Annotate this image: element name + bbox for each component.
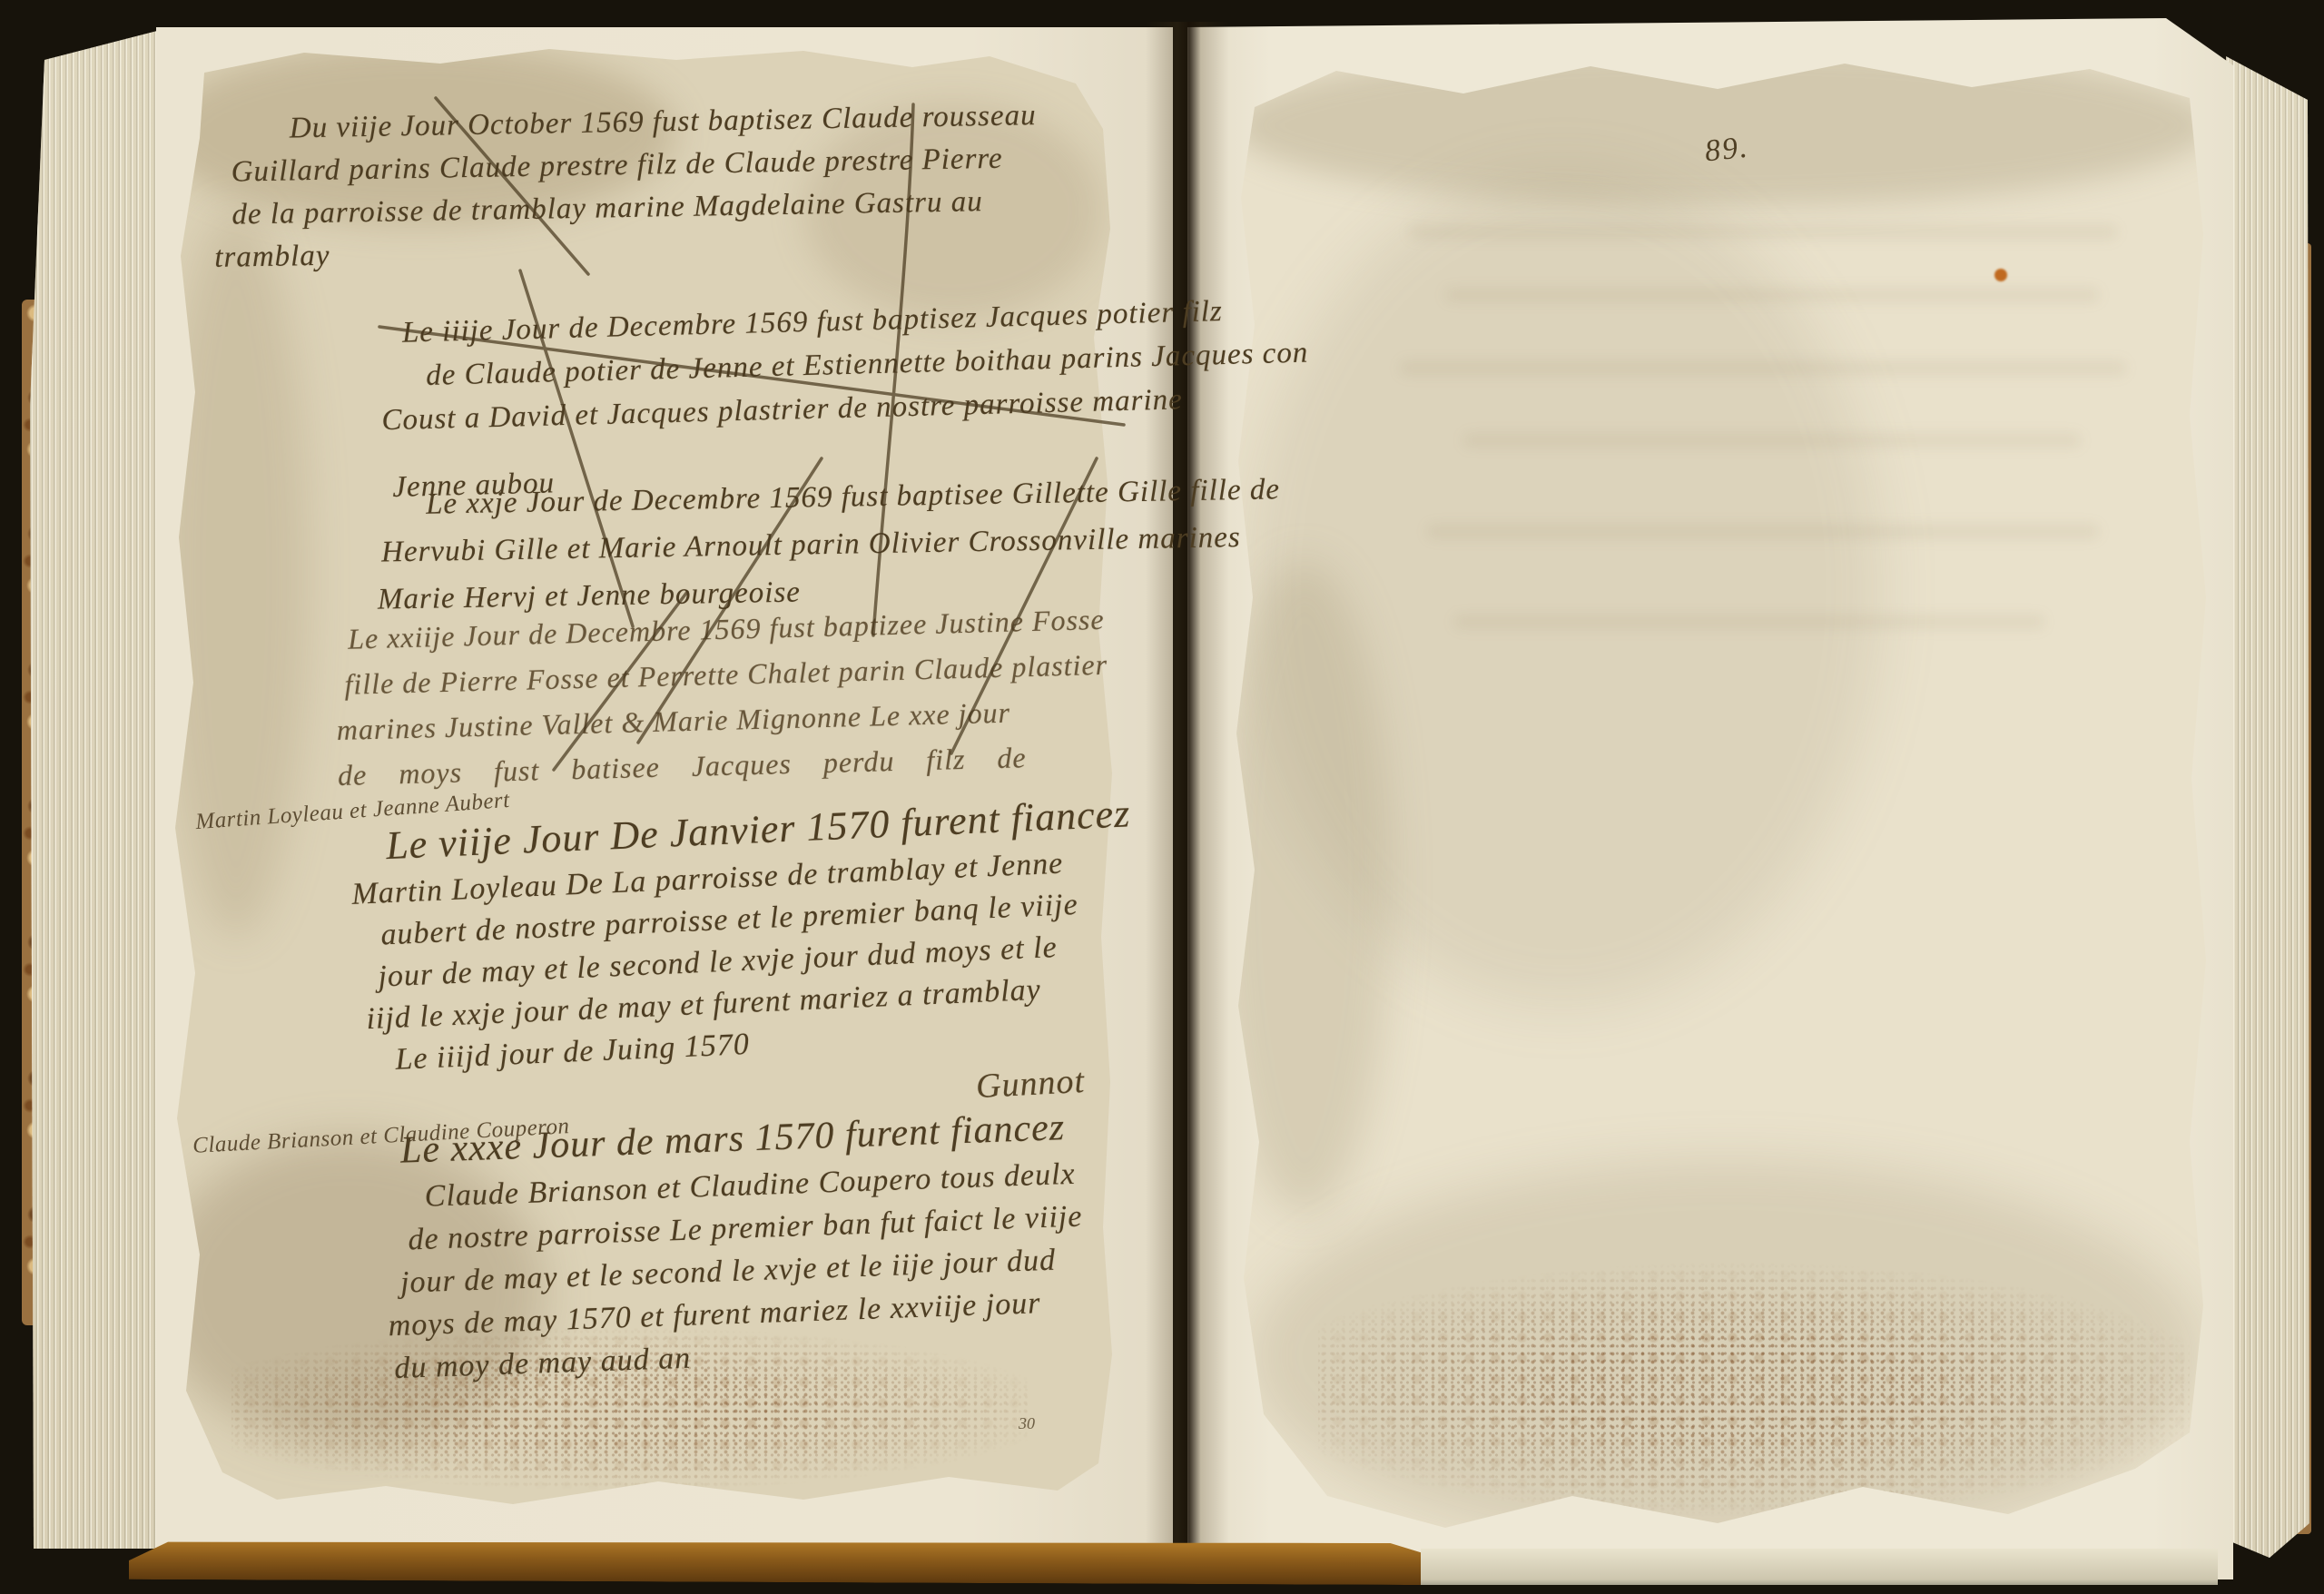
bleedthrough-ghost <box>1463 434 2081 447</box>
marriage-entry-loyleau: Le viije Jour De Janvier 1570 furent fia… <box>349 792 1140 1082</box>
page-block-fore-edge-left <box>30 25 166 1549</box>
page-block-fore-edge-right <box>2226 44 2309 1561</box>
rust-spot <box>1994 269 2007 281</box>
baptism-entry-3: Le xxje Jour de Decembre 1569 fust bapti… <box>371 466 1283 623</box>
manuscript-photo-scene: Martin Loyleau et Jeanne Aubert Claude B… <box>0 0 2324 1594</box>
bottom-page-edge <box>1421 1549 2218 1585</box>
mounted-leaf-right <box>1227 53 2217 1552</box>
baptism-entry-1: Du viije Jour October 1569 fust baptisez… <box>212 94 1039 280</box>
baptism-entry-4: Le xxiije Jour de Decembre 1569 fust bap… <box>330 596 1111 798</box>
bleedthrough-ghost <box>1445 289 2099 301</box>
marriage-entry-brianson: Le xxxe Jour de mars 1570 furent fiancez… <box>377 1107 1088 1391</box>
bleedthrough-ghost <box>1400 361 2126 375</box>
page-number: 89. <box>1703 131 1750 170</box>
gutter-shadow <box>1146 22 1229 1578</box>
bottom-cover-edge <box>129 1538 1429 1585</box>
folio-pencil-mark: 30 <box>1019 1414 1035 1433</box>
signature-flourish: Gunnot <box>975 1061 1086 1107</box>
bleedthrough-ghost <box>1409 225 2117 239</box>
bleedthrough-ghost <box>1427 525 2099 538</box>
bleedthrough-ghost <box>1454 615 2044 628</box>
